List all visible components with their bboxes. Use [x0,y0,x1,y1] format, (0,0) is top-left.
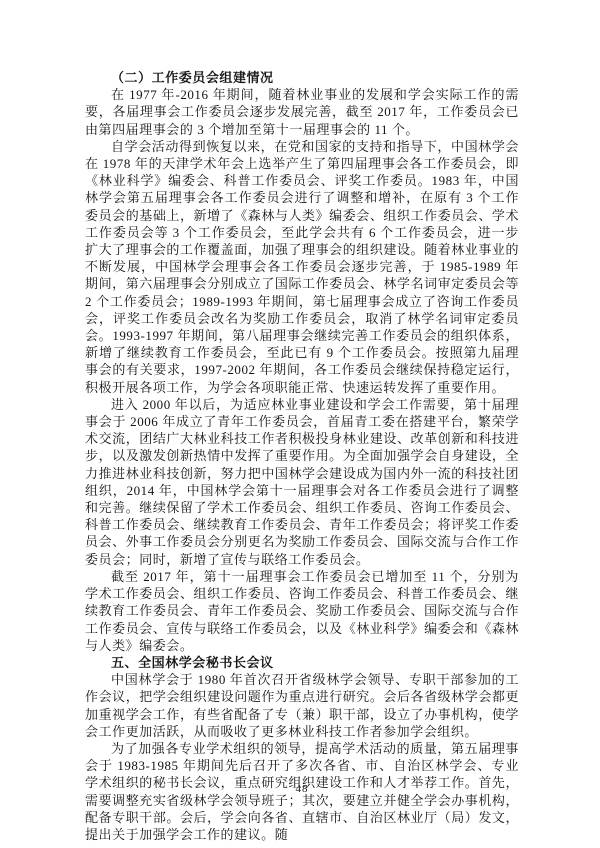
body-paragraph-1980-work-conference: 中国林学会于 1980 年首次召开省级林学会领导、专职干部参加的工作会议，把学会… [85,671,519,740]
body-paragraph-committee-growth-summary: 在 1977 年-2016 年期间，随着林业事业的发展和学会实际工作的需要，各届… [85,86,519,138]
body-paragraph-committee-history-1978-2002: 自学会活动得到恢复以来，在党和国家的支持和指导下，中国林学会在 1978 年的天… [85,138,519,396]
body-paragraph-committee-history-2000-2014: 进入 2000 年以后，为适应林业事业建设和学会工作需要，第十届理事会于 200… [85,396,519,568]
body-paragraph-committee-list-2017: 截至 2017 年，第十一届理事会工作委员会已增加至 11 个，分别为学术工作委… [85,568,519,654]
page-number: 48 [85,783,519,795]
section-heading-secretary-general-meetings: 五、全国林学会秘书长会议 [85,654,519,671]
document-page: （二）工作委员会组建情况 在 1977 年-2016 年期间，随着林业事业的发展… [0,0,600,848]
section-heading-work-committee-formation: （二）工作委员会组建情况 [85,69,519,86]
